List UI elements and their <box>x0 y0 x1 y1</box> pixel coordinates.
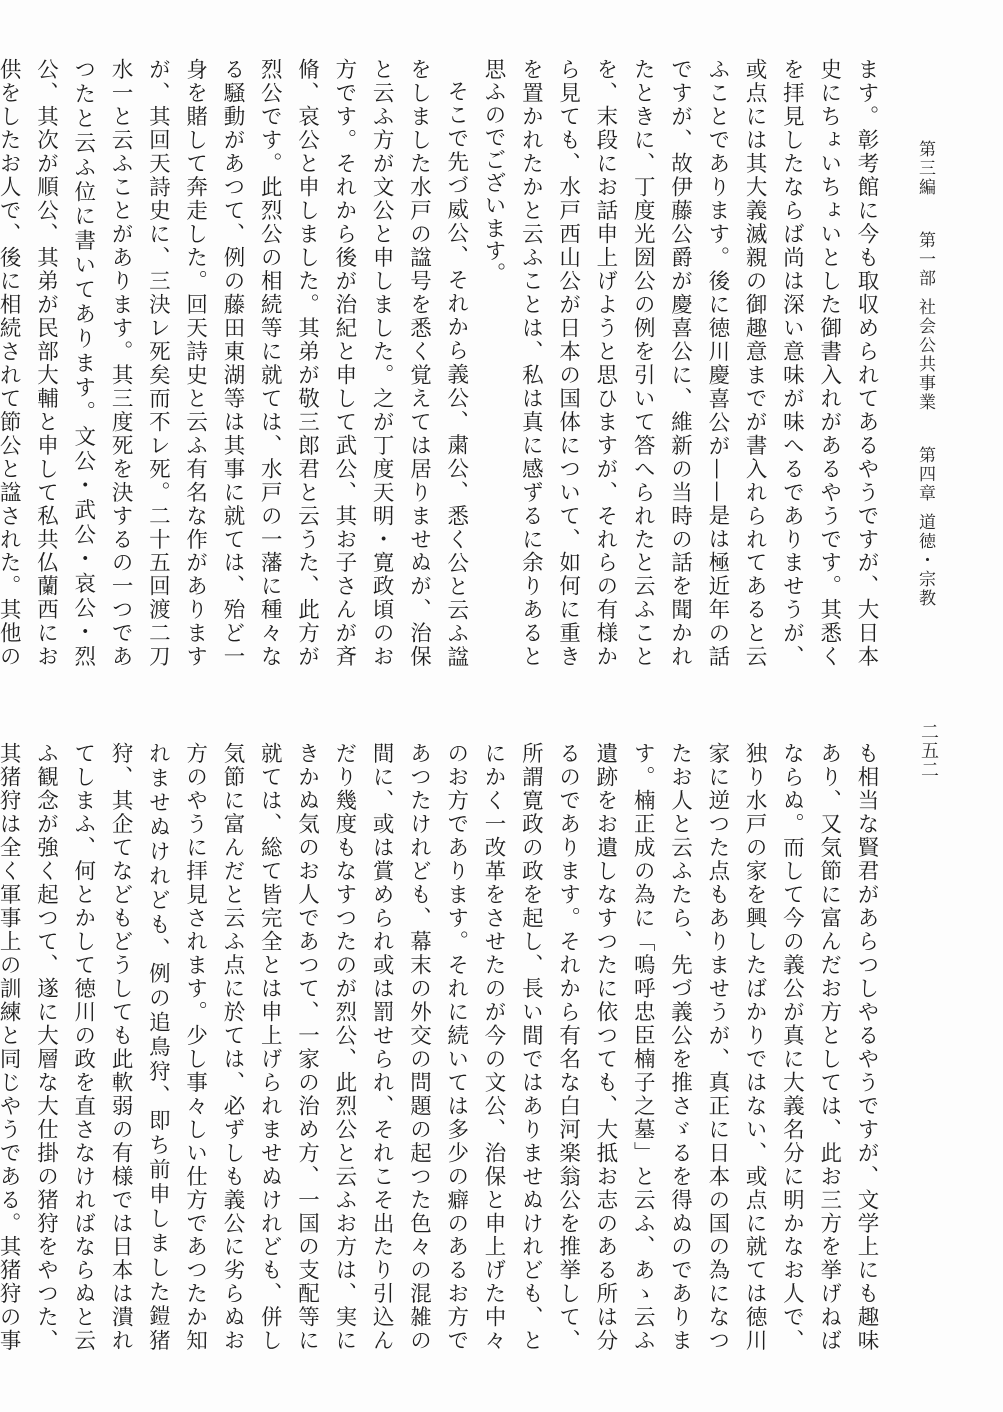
header-chapter: 第四章 <box>915 446 935 503</box>
text-block-top: ます。彰考館に今も取収められてあるやうですが、大日本史にちょいちょいとした御書入… <box>55 58 885 668</box>
paragraph: ます。彰考館に今も取収められてあるやうですが、大日本史にちょいちょいとした御書入… <box>475 58 885 668</box>
header-section-title: 社会公共事業 <box>915 298 935 412</box>
paragraph: も相当な賢君があらつしやるやうですが、文学上にも趣味あり、又気節に富んだお方とし… <box>0 742 885 1352</box>
header-section: 第一部 <box>915 231 935 288</box>
text-block-bottom: も相当な賢君があらつしやるやうですが、文学上にも趣味あり、又気節に富んだお方とし… <box>55 742 885 1352</box>
header-chapter-title: 道徳・宗教 <box>915 513 935 608</box>
paragraph: そこで先づ威公、それから義公、粛公、悉く公と云ふ諡をしました水戸の諡号を悉く覚え… <box>0 58 475 668</box>
running-header: 第三編第一部社会公共事業第四章道徳・宗教 <box>905 140 945 640</box>
page-number: 二五二 <box>908 722 948 792</box>
header-part: 第三編 <box>915 140 935 197</box>
